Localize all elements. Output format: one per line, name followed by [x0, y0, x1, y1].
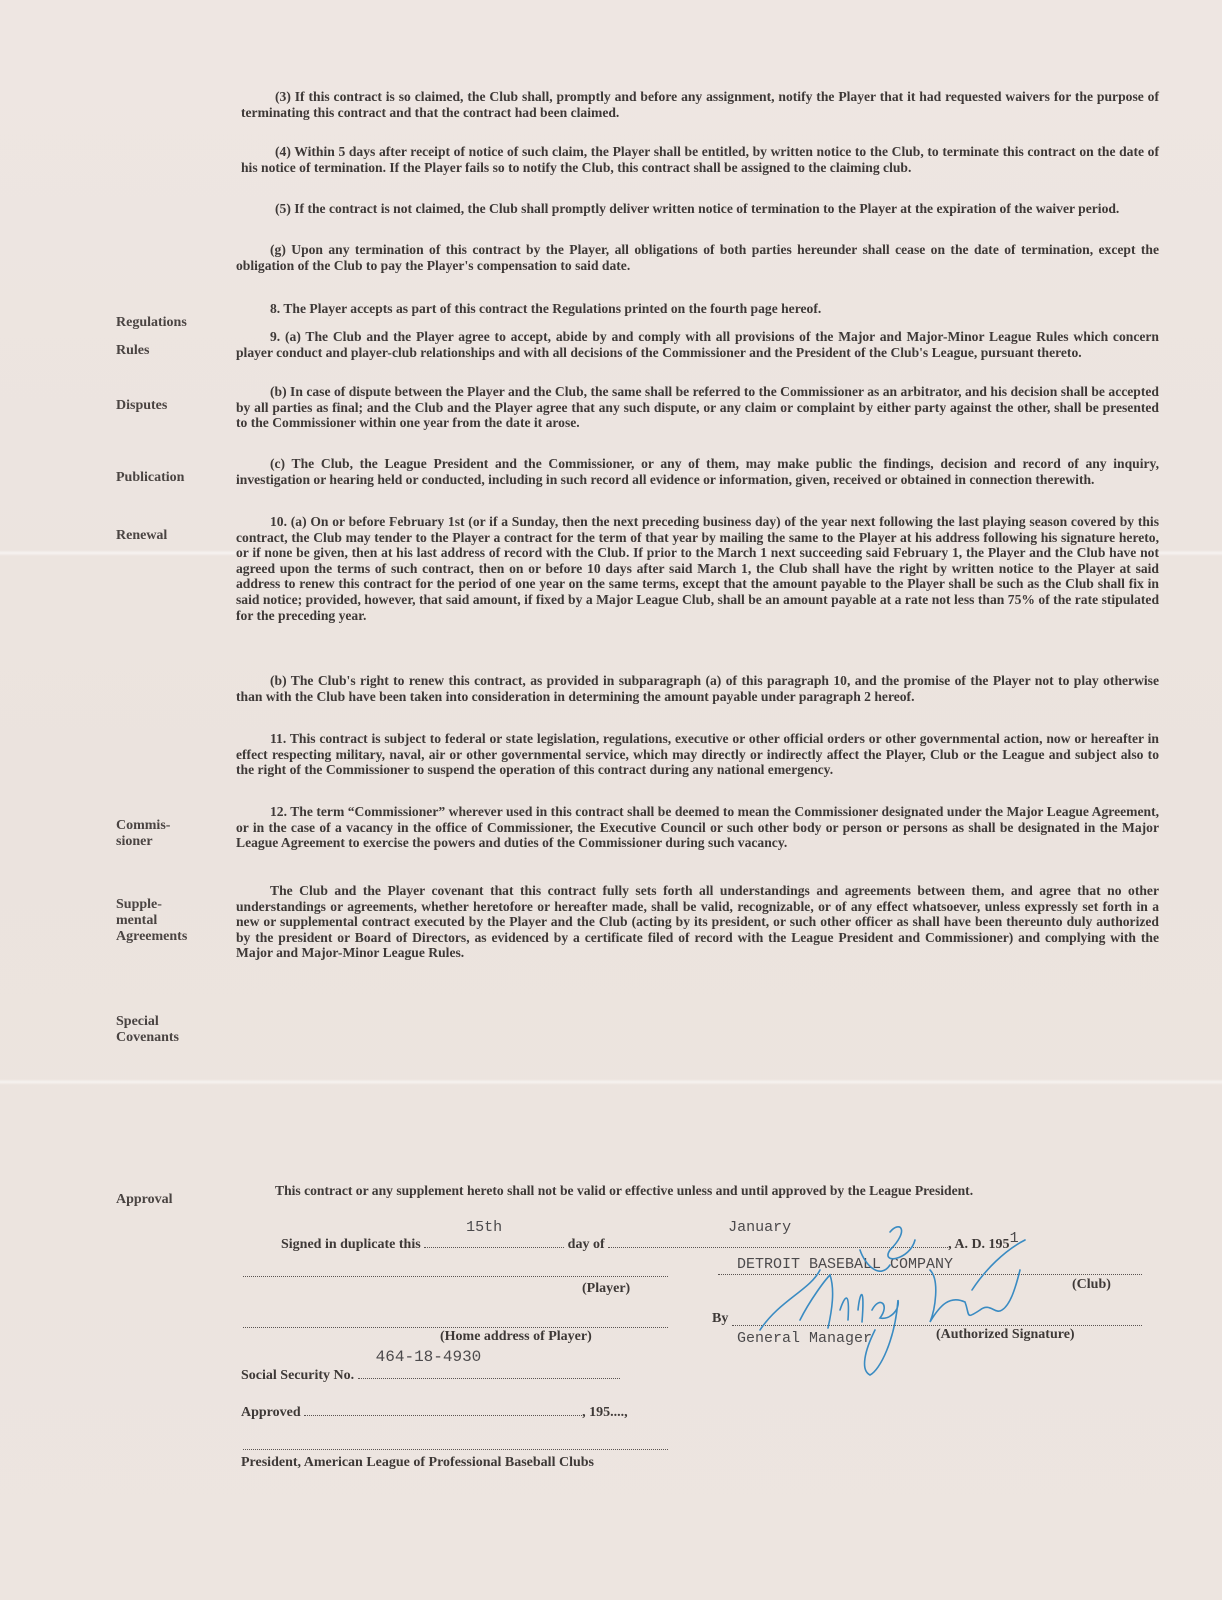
player-caption: (Player): [582, 1281, 630, 1297]
paragraph-text: 9. (a) The Club and the Player agree to …: [236, 329, 1159, 360]
day-of-label: day of: [568, 1237, 605, 1252]
label-line: Supple-: [116, 897, 226, 913]
margin-label-disputes: Disputes: [116, 398, 226, 414]
paper-fold: [0, 1079, 1222, 1085]
paragraph-text: 10. (a) On or before February 1st (or if…: [236, 514, 1159, 623]
label-line: sioner: [116, 834, 226, 850]
margin-label-regulations: Regulations: [116, 315, 226, 331]
handwritten-signature-icon: [740, 1210, 1040, 1390]
ssn-row: Social Security No. 464-18-4930: [241, 1364, 620, 1384]
approved-row: Approved , 195....,: [241, 1401, 628, 1421]
player-signature-line[interactable]: [243, 1276, 668, 1277]
margin-label-supplemental: Supple- mental Agreements: [116, 897, 226, 945]
by-label: By: [712, 1311, 728, 1327]
paragraph-5: (5) If the contract is not claimed, the …: [241, 201, 1159, 217]
label-line: Special: [116, 1014, 226, 1030]
approved-label: Approved: [241, 1405, 301, 1420]
ssn-label: Social Security No.: [241, 1368, 354, 1383]
approved-date-field[interactable]: [304, 1401, 582, 1416]
day-field[interactable]: 15th: [424, 1233, 564, 1248]
label-line: Covenants: [116, 1030, 226, 1046]
paragraph-9c: (c) The Club, the League President and t…: [236, 456, 1159, 487]
paragraph-text: This contract or any supplement hereto s…: [275, 1183, 973, 1198]
day-value: 15th: [466, 1219, 502, 1236]
label-line: Agreements: [116, 929, 226, 945]
margin-label-approval: Approval: [116, 1192, 226, 1208]
margin-label-commissioner: Commis- sioner: [116, 818, 226, 850]
label-line: mental: [116, 913, 226, 929]
club-caption: (Club): [1072, 1277, 1111, 1293]
paragraph-text: (c) The Club, the League President and t…: [236, 456, 1159, 487]
paragraph-10a: 10. (a) On or before February 1st (or if…: [236, 514, 1159, 623]
paragraph-text: The Club and the Player covenant that th…: [236, 883, 1159, 960]
margin-label-rules: Rules: [116, 343, 226, 359]
paragraph-text: 11. This contract is subject to federal …: [236, 731, 1159, 777]
home-address-line[interactable]: [243, 1327, 668, 1328]
paragraph-8: 8. The Player accepts as part of this co…: [236, 301, 1159, 317]
paragraph-supplemental: The Club and the Player covenant that th…: [236, 883, 1159, 961]
approved-year: , 195....,: [582, 1405, 628, 1420]
paragraph-text: (b) In case of dispute between the Playe…: [236, 384, 1159, 430]
paragraph-9b: (b) In case of dispute between the Playe…: [236, 384, 1159, 431]
paragraph-text: (g) Upon any termination of this contrac…: [236, 242, 1159, 273]
label-line: Commis-: [116, 818, 226, 834]
ssn-field[interactable]: 464-18-4930: [358, 1364, 620, 1379]
paragraph-4: (4) Within 5 days after receipt of notic…: [241, 144, 1159, 175]
paragraph-10b: (b) The Club's right to renew this contr…: [236, 673, 1159, 704]
ssn-value: 464-18-4930: [376, 1348, 482, 1366]
signed-prefix: Signed in duplicate this: [281, 1237, 421, 1252]
president-caption: President, American League of Profession…: [241, 1455, 594, 1471]
margin-label-renewal: Renewal: [116, 528, 226, 544]
margin-label-special-covenants: Special Covenants: [116, 1014, 226, 1046]
home-address-caption: (Home address of Player): [440, 1329, 592, 1345]
paragraph-12: 12. The term “Commissioner” wherever use…: [236, 804, 1159, 851]
president-signature-line[interactable]: [243, 1449, 668, 1450]
paragraph-text: 12. The term “Commissioner” wherever use…: [236, 804, 1159, 850]
margin-label-publication: Publication: [116, 470, 226, 486]
paragraph-text: (3) If this contract is so claimed, the …: [241, 89, 1159, 120]
paragraph-text: (4) Within 5 days after receipt of notic…: [241, 144, 1159, 175]
paragraph-text: 8. The Player accepts as part of this co…: [270, 301, 821, 316]
paragraph-text: (5) If the contract is not claimed, the …: [275, 201, 1119, 216]
paragraph-approval: This contract or any supplement hereto s…: [241, 1183, 1159, 1199]
paragraph-11: 11. This contract is subject to federal …: [236, 731, 1159, 778]
paragraph-3: (3) If this contract is so claimed, the …: [241, 89, 1159, 120]
paragraph-9a: 9. (a) The Club and the Player agree to …: [236, 329, 1159, 360]
paragraph-g: (g) Upon any termination of this contrac…: [236, 242, 1159, 273]
paragraph-text: (b) The Club's right to renew this contr…: [236, 673, 1159, 704]
